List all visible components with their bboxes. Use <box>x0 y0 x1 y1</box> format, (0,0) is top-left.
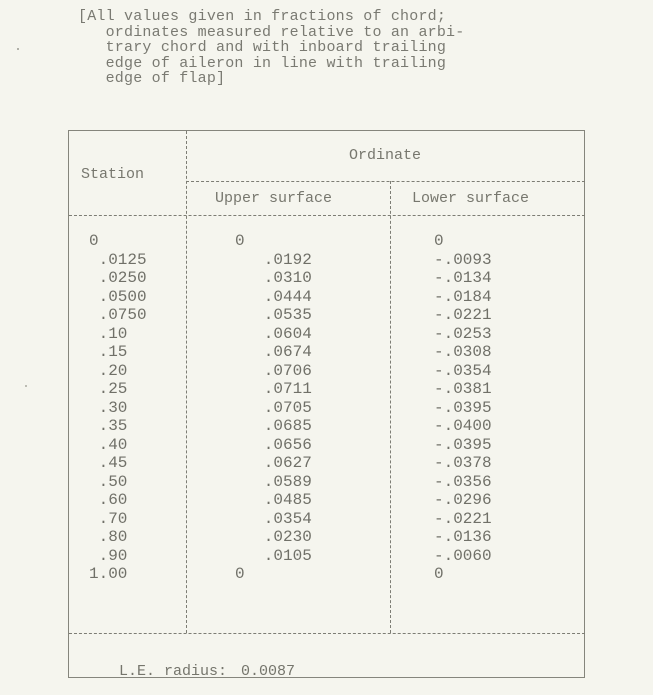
station-cell: .50 <box>89 473 147 492</box>
upper-cell: .0589 <box>235 473 312 492</box>
header-bottom-divider <box>69 215 585 216</box>
lower-cell: -.0060 <box>434 547 492 566</box>
note-line: trary chord and with inboard trailing <box>78 40 464 56</box>
upper-cell: .0604 <box>235 325 312 344</box>
station-cell: .20 <box>89 362 147 381</box>
upper-cell: 0 <box>235 232 312 251</box>
upper-cell: .0674 <box>235 343 312 362</box>
lower-cell: -.0253 <box>434 325 492 344</box>
station-cell: .0250 <box>89 269 147 288</box>
lower-cell: -.0134 <box>434 269 492 288</box>
footer-divider <box>69 633 585 634</box>
lower-cell: -.0381 <box>434 380 492 399</box>
station-cell: .90 <box>89 547 147 566</box>
lower-cell: -.0354 <box>434 362 492 381</box>
station-cell: 0 <box>89 232 147 251</box>
upper-cell: .0105 <box>235 547 312 566</box>
station-column: 0 .0125 .0250 .0500 .0750 .10 .15 .20 .2… <box>89 232 147 584</box>
lower-cell: -.0356 <box>434 473 492 492</box>
station-cell: .0500 <box>89 288 147 307</box>
upper-cell: 0 <box>235 565 312 584</box>
lower-cell: 0 <box>434 232 492 251</box>
note-line: ordinates measured relative to an arbi- <box>78 25 464 41</box>
station-cell: .30 <box>89 399 147 418</box>
upper-cell: .0230 <box>235 528 312 547</box>
upper-cell: .0627 <box>235 454 312 473</box>
upper-cell: .0485 <box>235 491 312 510</box>
lower-cell: -.0395 <box>434 399 492 418</box>
upper-lower-divider <box>390 181 391 633</box>
upper-cell: .0685 <box>235 417 312 436</box>
station-cell: .60 <box>89 491 147 510</box>
upper-cell: .0310 <box>235 269 312 288</box>
ordinate-header: Ordinate <box>349 147 421 164</box>
le-radius-row: L.E. radius:0.0087 <box>83 646 295 695</box>
table-note: [All values given in fractions of chord;… <box>78 9 464 87</box>
paper-speck <box>25 385 27 387</box>
lower-surface-column: 0-.0093-.0134-.0184-.0221-.0253-.0308-.0… <box>434 232 492 584</box>
lower-surface-header: Lower surface <box>412 190 529 207</box>
upper-cell: .0535 <box>235 306 312 325</box>
station-cell: .15 <box>89 343 147 362</box>
station-cell: .25 <box>89 380 147 399</box>
upper-cell: .0192 <box>235 251 312 270</box>
station-cell: .0750 <box>89 306 147 325</box>
lower-cell: 0 <box>434 565 492 584</box>
lower-cell: -.0400 <box>434 417 492 436</box>
station-cell: .10 <box>89 325 147 344</box>
note-line: edge of aileron in line with trailing <box>78 56 464 72</box>
lower-cell: -.0184 <box>434 288 492 307</box>
paper-speck <box>17 48 19 50</box>
upper-surface-column: 0 .0192 .0310 .0444 .0535 .0604 .0674 .0… <box>235 232 312 584</box>
station-cell: .40 <box>89 436 147 455</box>
airfoil-ordinates-table: Station Ordinate Upper surface Lower sur… <box>68 130 585 678</box>
station-cell: .70 <box>89 510 147 529</box>
lower-cell: -.0093 <box>434 251 492 270</box>
lower-cell: -.0378 <box>434 454 492 473</box>
le-radius-label: L.E. radius: <box>119 663 227 680</box>
station-cell: .80 <box>89 528 147 547</box>
station-cell: .0125 <box>89 251 147 270</box>
station-cell: .35 <box>89 417 147 436</box>
station-cell: 1.00 <box>89 565 147 584</box>
upper-cell: .0656 <box>235 436 312 455</box>
upper-surface-header: Upper surface <box>215 190 332 207</box>
upper-cell: .0444 <box>235 288 312 307</box>
upper-cell: .0711 <box>235 380 312 399</box>
upper-cell: .0705 <box>235 399 312 418</box>
lower-cell: -.0395 <box>434 436 492 455</box>
lower-cell: -.0308 <box>434 343 492 362</box>
lower-cell: -.0221 <box>434 510 492 529</box>
lower-cell: -.0296 <box>434 491 492 510</box>
upper-cell: .0354 <box>235 510 312 529</box>
station-cell: .45 <box>89 454 147 473</box>
note-line: [All values given in fractions of chord; <box>78 9 464 25</box>
lower-cell: -.0221 <box>434 306 492 325</box>
upper-cell: .0706 <box>235 362 312 381</box>
ordinate-subheader-divider <box>186 181 585 182</box>
le-radius-value: 0.0087 <box>241 663 295 680</box>
note-line: edge of flap] <box>78 71 464 87</box>
station-header: Station <box>81 166 144 183</box>
station-column-divider <box>186 131 187 633</box>
lower-cell: -.0136 <box>434 528 492 547</box>
